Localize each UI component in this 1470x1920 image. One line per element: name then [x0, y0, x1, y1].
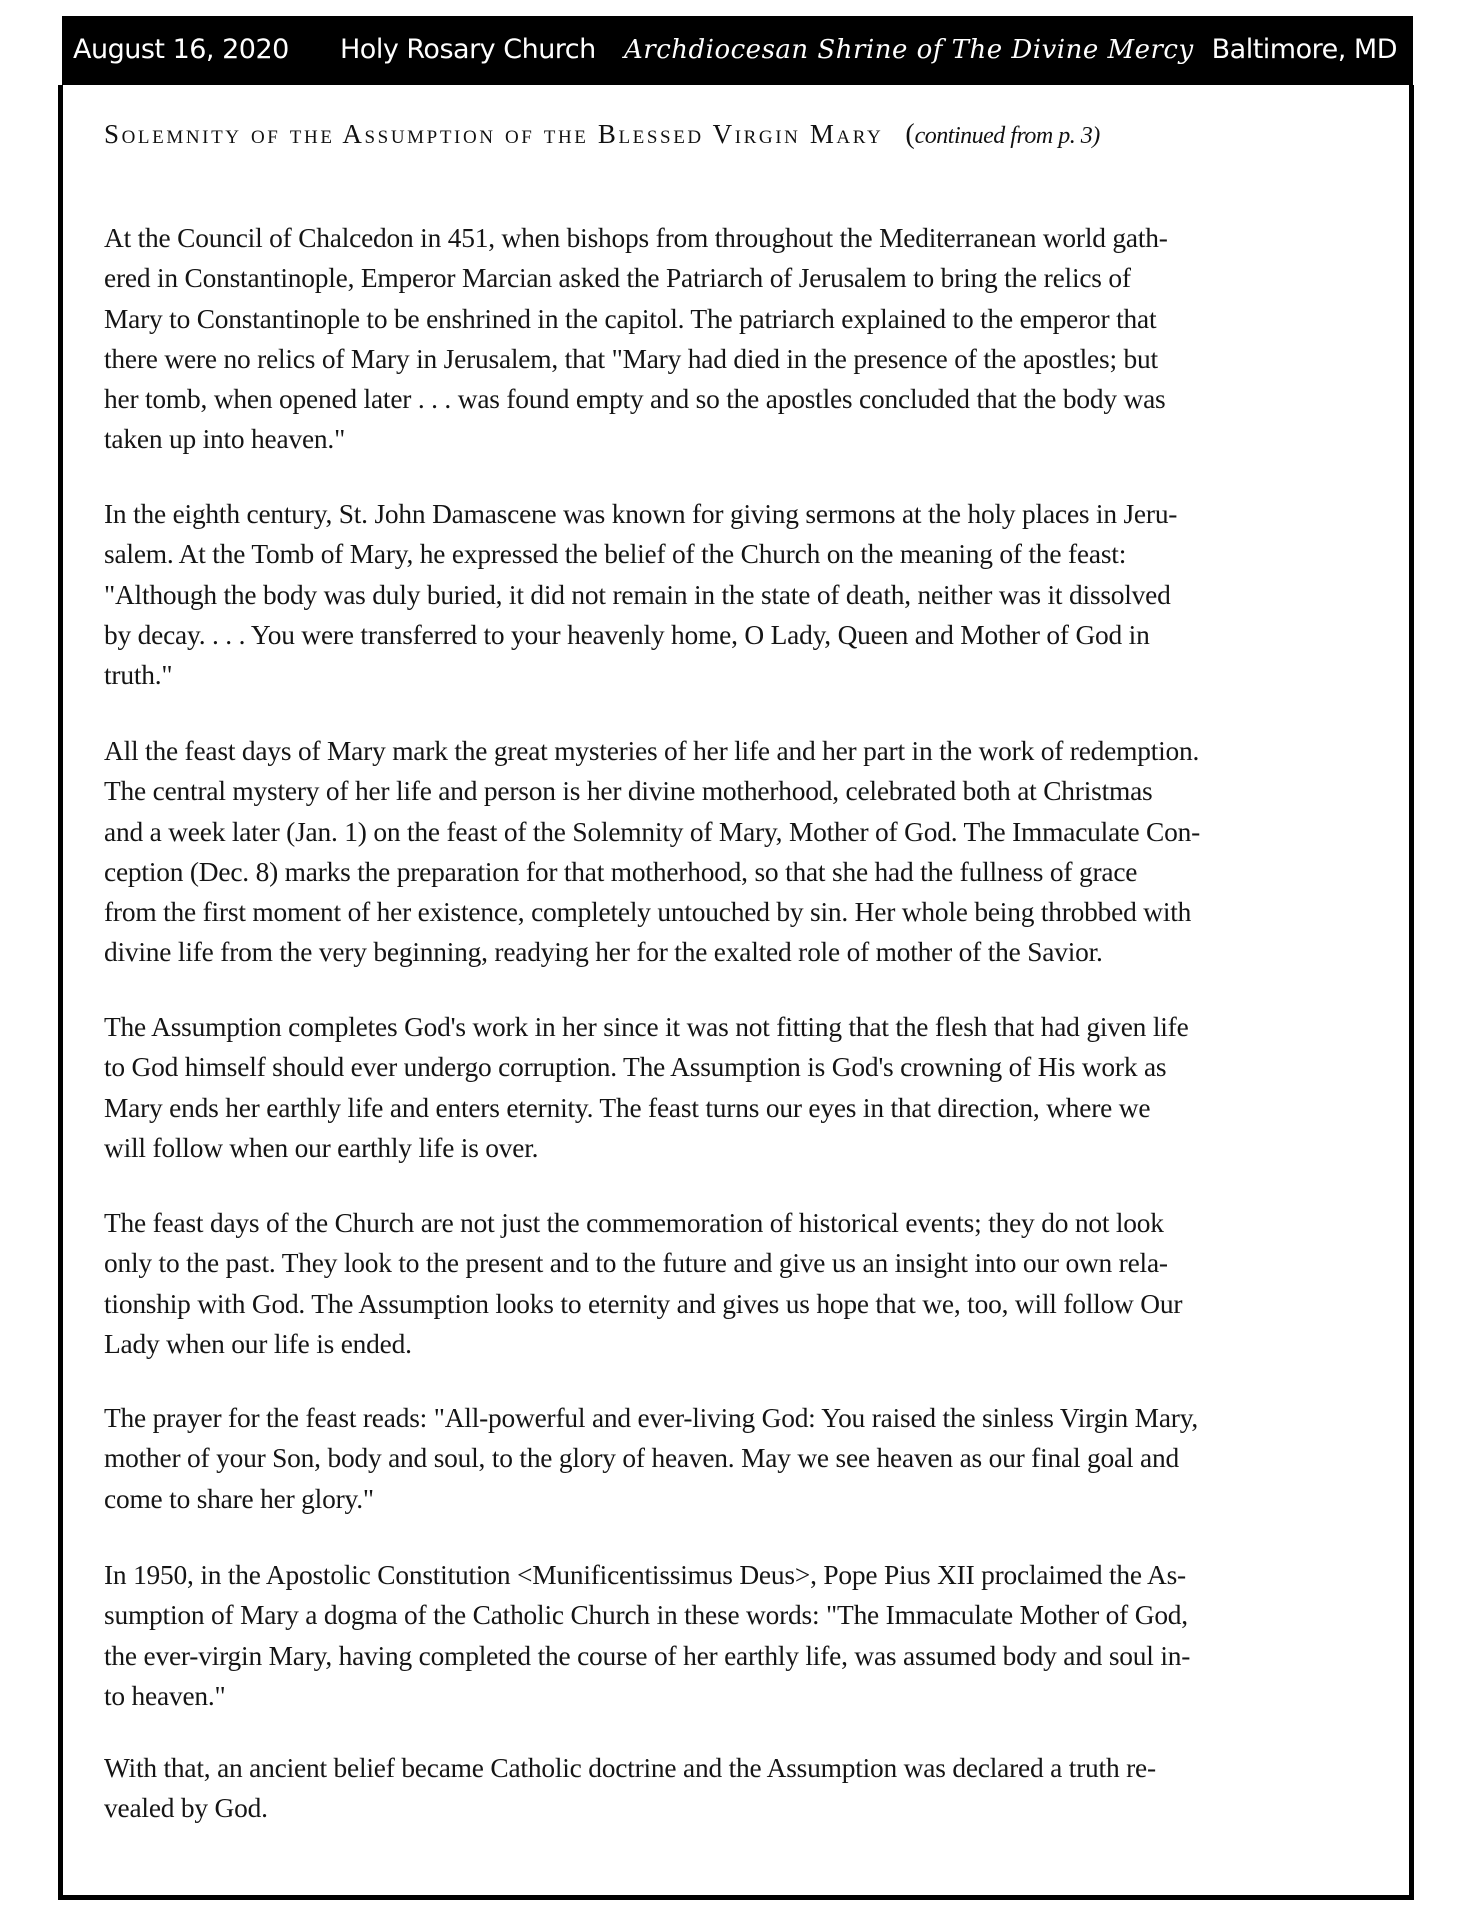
text-line: Lady when our life is ended.	[104, 1324, 1394, 1364]
continued-note: (continued from p. 3)	[905, 123, 1099, 149]
text-line: taken up into heaven."	[104, 419, 1394, 459]
header-parish-name: Holy Rosary Church	[340, 30, 596, 70]
text-line: salem. At the Tomb of Mary, he expressed…	[104, 534, 1394, 574]
text-line: ception (Dec. 8) marks the preparation f…	[104, 852, 1394, 892]
text-line: by decay. . . . You were transferred to …	[104, 615, 1394, 655]
text-line: her tomb, when opened later . . . was fo…	[104, 379, 1394, 419]
paragraph-feast-prayer: The prayer for the feast reads: "All-pow…	[104, 1398, 1394, 1519]
header-date: August 16, 2020	[73, 30, 289, 70]
text-line: The central mystery of her life and pers…	[104, 771, 1394, 811]
text-line: All the feast days of Mary mark the grea…	[104, 731, 1394, 771]
text-line: "Although the body was duly buried, it d…	[104, 575, 1394, 615]
text-line: only to the past. They look to the prese…	[104, 1243, 1394, 1283]
paragraph-feast-days-of-mary: All the feast days of Mary mark the grea…	[104, 731, 1394, 973]
text-line: With that, an ancient belief became Cath…	[104, 1748, 1394, 1788]
text-line: the ever-virgin Mary, having completed t…	[104, 1636, 1394, 1676]
text-line: to heaven."	[104, 1676, 1394, 1716]
text-line: The feast days of the Church are not jus…	[104, 1203, 1394, 1243]
text-line: In 1950, in the Apostolic Constitution <…	[104, 1555, 1394, 1595]
text-line: The Assumption completes God's work in h…	[104, 1007, 1394, 1047]
text-line: to God himself should ever undergo corru…	[104, 1047, 1394, 1087]
continued-from-text: continued from p. 3)	[915, 123, 1100, 149]
text-line: from the first moment of her existence, …	[104, 892, 1394, 932]
paragraph-assumption-completes: The Assumption completes God's work in h…	[104, 1007, 1394, 1168]
paragraph-dogma-1950: In 1950, in the Apostolic Constitution <…	[104, 1555, 1394, 1716]
text-line: The prayer for the feast reads: "All-pow…	[104, 1398, 1394, 1438]
text-line: there were no relics of Mary in Jerusale…	[104, 339, 1394, 379]
text-line: ered in Constantinople, Emperor Marcian …	[104, 258, 1394, 298]
text-line: tionship with God. The Assumption looks …	[104, 1284, 1394, 1324]
article-title: Solemnity of the Assumption of the Bless…	[104, 119, 883, 149]
text-line: divine life from the very beginning, rea…	[104, 932, 1394, 972]
text-line: In the eighth century, St. John Damascen…	[104, 494, 1394, 534]
text-line: vealed by God.	[104, 1788, 1394, 1828]
page-header-bar: August 16, 2020 Holy Rosary Church Archd…	[62, 16, 1413, 85]
paragraph-council-of-chalcedon: At the Council of Chalcedon in 451, when…	[104, 218, 1394, 460]
text-line: Mary ends her earthly life and enters et…	[104, 1088, 1394, 1128]
article-title-line: Solemnity of the Assumption of the Bless…	[104, 116, 1100, 157]
paragraph-conclusion: With that, an ancient belief became Cath…	[104, 1748, 1394, 1829]
text-line: At the Council of Chalcedon in 451, when…	[104, 218, 1394, 258]
text-line: will follow when our earthly life is ove…	[104, 1128, 1394, 1168]
continued-open-paren: (	[905, 119, 914, 150]
header-location: Baltimore, MD	[1212, 30, 1397, 70]
text-line: truth."	[104, 655, 1394, 695]
paragraph-feast-days-of-church: The feast days of the Church are not jus…	[104, 1203, 1394, 1364]
text-line: mother of your Son, body and soul, to th…	[104, 1438, 1394, 1478]
header-shrine-name: Archdiocesan Shrine of The Divine Mercy	[624, 30, 1194, 70]
text-line: Mary to Constantinople to be enshrined i…	[104, 299, 1394, 339]
text-line: and a week later (Jan. 1) on the feast o…	[104, 812, 1394, 852]
text-line: sumption of Mary a dogma of the Catholic…	[104, 1595, 1394, 1635]
paragraph-john-damascene: In the eighth century, St. John Damascen…	[104, 494, 1394, 695]
text-line: come to share her glory."	[104, 1479, 1394, 1519]
